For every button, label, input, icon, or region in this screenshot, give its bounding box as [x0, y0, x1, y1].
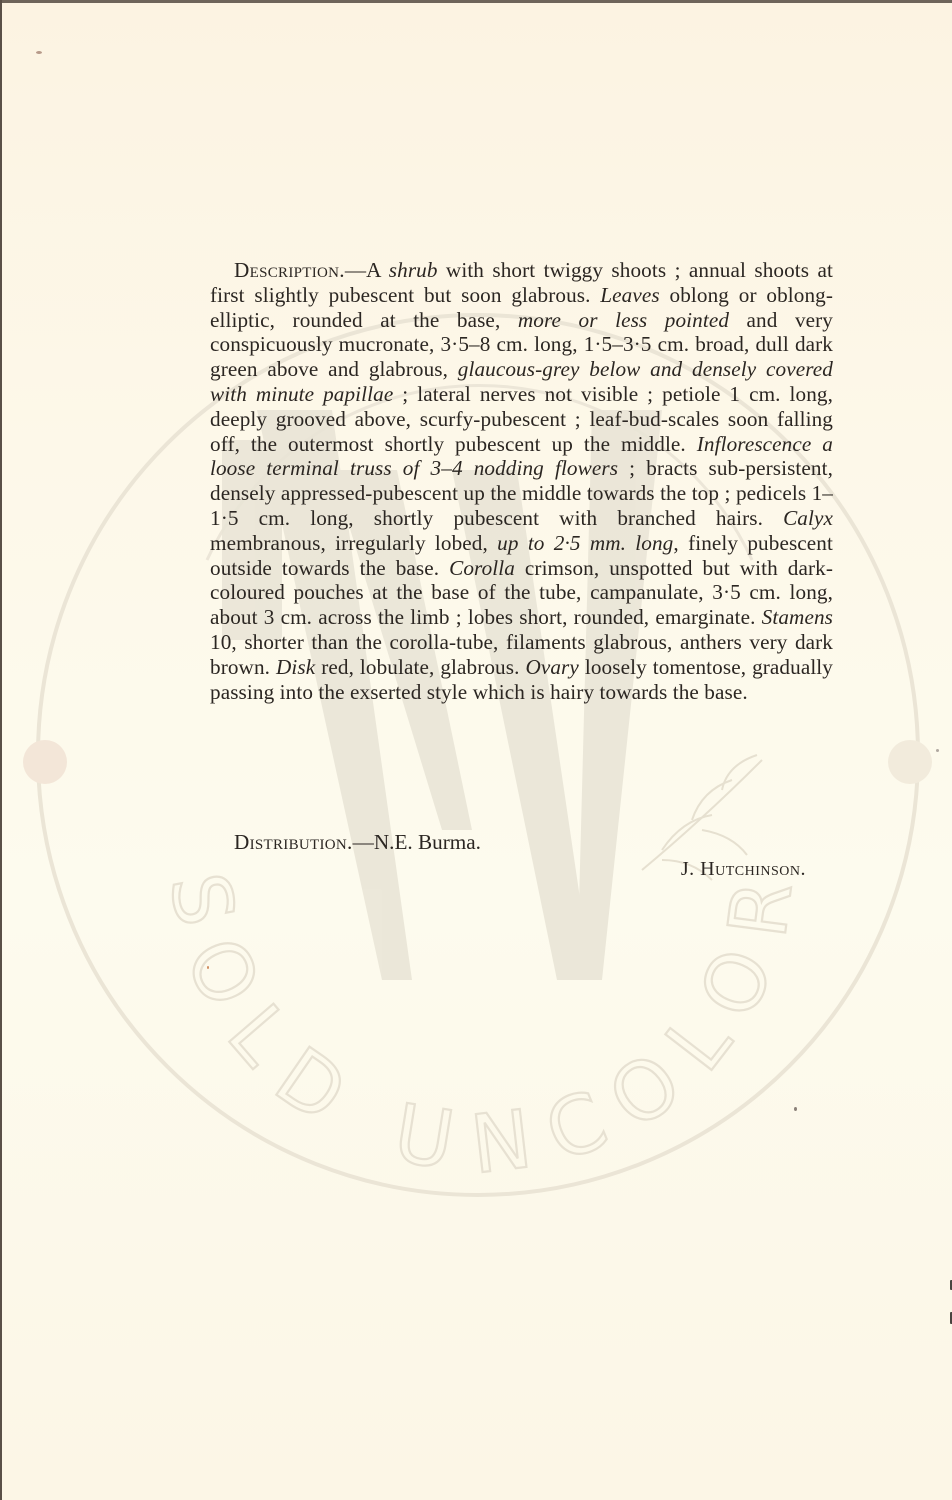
italic-term: Calyx — [783, 506, 833, 530]
italic-term: Disk — [276, 655, 315, 679]
description-body: A shrub with short twiggy shoots ; annua… — [210, 258, 833, 704]
paper-speck — [207, 966, 209, 969]
description-text: A — [366, 258, 389, 282]
description-text: red, lobulate, glabrous. — [315, 655, 525, 679]
description-block: Description.—A shrub with short twiggy s… — [210, 258, 833, 704]
description-heading: Description. — [234, 258, 345, 282]
paper-speck — [794, 1107, 797, 1111]
watermark-seal: SOLD UNCOLORED — [2, 0, 952, 1500]
italic-term: up to 2·5 mm. long — [497, 531, 673, 555]
watermark-dot-left — [23, 740, 67, 784]
italic-term: Leaves — [600, 283, 659, 307]
paper-speck — [936, 749, 939, 752]
document-page: SOLD UNCOLORED Description.—A shrub with… — [0, 0, 952, 1500]
paper-speck — [36, 51, 42, 54]
description-text: membranous, irregularly lobed, — [210, 531, 497, 555]
page-edge — [2, 0, 952, 3]
italic-term: more or less pointed — [518, 308, 729, 332]
italic-term: shrub — [389, 258, 438, 282]
heading-dash: — — [345, 258, 366, 282]
italic-term: Ovary — [525, 655, 578, 679]
description-paragraph: Description.—A shrub with short twiggy s… — [210, 258, 833, 704]
author-signature: J. Hutchinson. — [681, 858, 806, 881]
italic-term: Corolla — [449, 556, 515, 580]
distribution-line: Distribution.—N.E. Burma. — [234, 830, 481, 855]
distribution-value: N.E. Burma. — [374, 830, 481, 854]
distribution-heading: Distribution. — [234, 830, 353, 854]
italic-term: Stamens — [762, 605, 833, 629]
distribution-dash: — — [353, 830, 374, 854]
watermark-dot-right — [888, 740, 932, 784]
